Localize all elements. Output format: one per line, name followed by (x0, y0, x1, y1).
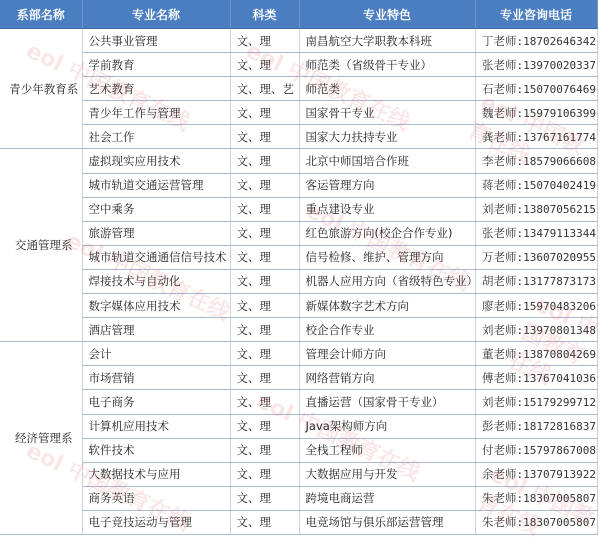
major-name: 电子竞技运动与管理 (82, 510, 230, 534)
phone-number: 15979106399 (523, 107, 596, 120)
contact-phone: 蒋老师:15070402419 (475, 173, 597, 197)
major-category: 文、理 (230, 29, 299, 53)
major-feature: 南昌航空大学职教本科班 (299, 29, 475, 53)
table-row: 青少年工作与管理文、理国家骨干专业魏老师:15979106399 (0, 101, 597, 125)
teacher-name: 廖老师 (482, 299, 517, 313)
major-name: 会计 (82, 342, 230, 366)
major-category: 文、理 (230, 125, 299, 149)
table-row: 酒店管理文、理校企合作专业刘老师:13970801348 (0, 318, 597, 342)
contact-phone: 张老师:13479113344 (475, 221, 597, 245)
teacher-name: 丁老师 (482, 34, 517, 48)
major-feature: 信号检修、维护、管理方向 (299, 245, 475, 269)
major-category: 文、理 (230, 245, 299, 269)
header-feature: 专业特色 (299, 0, 475, 29)
table-row: 大数据技术与应用文、理大数据应用与开发余老师:13707913922 (0, 462, 597, 486)
major-feature: 新媒体数字艺术方向 (299, 294, 475, 318)
phone-number: 18702646342 (523, 35, 596, 48)
teacher-name: 刘老师 (482, 202, 517, 216)
major-category: 文、理 (230, 149, 299, 173)
teacher-name: 万老师 (482, 250, 517, 264)
major-feature: 管理会计师方向 (299, 342, 475, 366)
major-feature: 机器人应用方向（省级特色专业） (299, 269, 475, 293)
teacher-name: 张老师 (482, 58, 517, 72)
phone-number: 13767041036 (523, 372, 596, 385)
contact-phone: 李老师:18579066608 (475, 149, 597, 173)
major-name: 空中乘务 (82, 197, 230, 221)
contact-phone: 彭老师:18172816837 (475, 414, 597, 438)
teacher-name: 董老师 (482, 347, 517, 361)
table-row: 市场营销文、理网络营销方向傅老师:13767041036 (0, 366, 597, 390)
teacher-name: 魏老师 (482, 106, 517, 120)
major-feature: 国家骨干专业 (299, 101, 475, 125)
phone-number: 13767161774 (523, 131, 596, 144)
major-category: 文、理、艺 (230, 77, 299, 101)
major-name: 商务英语 (82, 486, 230, 510)
major-name: 城市轨道交通通信信号技术 (82, 245, 230, 269)
major-name: 电子商务 (82, 390, 230, 414)
teacher-name: 胡老师 (482, 274, 517, 288)
major-feature: 师范类（省级骨干专业） (299, 53, 475, 77)
phone-number: 13970020337 (523, 59, 596, 72)
phone-number: 15797867008 (523, 444, 596, 457)
major-category: 文、理 (230, 486, 299, 510)
teacher-name: 彭老师 (482, 419, 517, 433)
major-feature: 网络营销方向 (299, 366, 475, 390)
contact-phone: 刘老师:15179299712 (475, 390, 597, 414)
major-name: 旅游管理 (82, 221, 230, 245)
major-name: 虚拟现实应用技术 (82, 149, 230, 173)
phone-number: 18579066608 (523, 155, 596, 168)
contact-phone: 石老师:15070076469 (475, 77, 597, 101)
major-name: 艺术教育 (82, 77, 230, 101)
table-row: 旅游管理文、理红色旅游方向(校企合作专业)张老师:13479113344 (0, 221, 597, 245)
table-row: 经济管理系会计文、理管理会计师方向董老师:13870804269 (0, 342, 597, 366)
major-category: 文、理 (230, 390, 299, 414)
major-feature: 师范类 (299, 77, 475, 101)
contact-phone: 朱老师:18307005807 (475, 486, 597, 510)
table-row: 数字媒体应用技术文、理新媒体数字艺术方向廖老师:15970483206 (0, 294, 597, 318)
contact-phone: 朱老师:18307005807 (475, 510, 597, 534)
major-category: 文、理 (230, 438, 299, 462)
table-row: 城市轨道交通运营管理文、理客运管理方向蒋老师:15070402419 (0, 173, 597, 197)
header-phone: 专业咨询电话 (475, 0, 597, 29)
major-category: 文、理 (230, 342, 299, 366)
major-category: 文、理 (230, 53, 299, 77)
major-feature: 客运管理方向 (299, 173, 475, 197)
contact-phone: 魏老师:15979106399 (475, 101, 597, 125)
teacher-name: 刘老师 (482, 395, 517, 409)
phone-number: 15970483206 (523, 300, 596, 313)
contact-phone: 胡老师:13177873173 (475, 269, 597, 293)
contact-phone: 廖老师:15970483206 (475, 294, 597, 318)
major-feature: 红色旅游方向(校企合作专业) (299, 221, 475, 245)
teacher-name: 张老师 (482, 226, 517, 240)
teacher-name: 刘老师 (482, 323, 517, 337)
teacher-name: 傅老师 (482, 371, 517, 385)
department-name: 经济管理系 (0, 342, 82, 535)
phone-number: 13870804269 (523, 348, 596, 361)
major-category: 文、理 (230, 414, 299, 438)
major-name: 酒店管理 (82, 318, 230, 342)
phone-number: 13970801348 (523, 324, 596, 337)
table-row: 焊接技术与自动化文、理机器人应用方向（省级特色专业）胡老师:1317787317… (0, 269, 597, 293)
major-name: 市场营销 (82, 366, 230, 390)
table-row: 社会工作文、理国家大力扶持专业龚老师:13767161774 (0, 125, 597, 149)
teacher-name: 余老师 (482, 467, 517, 481)
header-major: 专业名称 (82, 0, 230, 29)
department-name: 青少年教育系 (0, 29, 82, 149)
major-category: 文、理 (230, 269, 299, 293)
phone-number: 15179299712 (523, 396, 596, 409)
major-name: 大数据技术与应用 (82, 462, 230, 486)
major-category: 文、理 (230, 318, 299, 342)
phone-number: 15070076469 (523, 83, 596, 96)
phone-number: 13707913922 (523, 468, 596, 481)
major-name: 公共事业管理 (82, 29, 230, 53)
contact-phone: 余老师:13707913922 (475, 462, 597, 486)
table-row: 学前教育文、理师范类（省级骨干专业）张老师:13970020337 (0, 53, 597, 77)
table-row: 计算机应用技术文、理Java架构师方向彭老师:18172816837 (0, 414, 597, 438)
contact-phone: 丁老师:18702646342 (475, 29, 597, 53)
major-name: 青少年工作与管理 (82, 101, 230, 125)
phone-number: 13807056215 (523, 203, 596, 216)
major-feature: 直播运营（国家骨干专业） (299, 390, 475, 414)
major-category: 文、理 (230, 197, 299, 221)
phone-number: 18307005807 (523, 492, 596, 505)
header-department: 系部名称 (0, 0, 82, 29)
header-category: 科类 (230, 0, 299, 29)
table-row: 空中乘务文、理重点建设专业刘老师:13807056215 (0, 197, 597, 221)
contact-phone: 龚老师:13767161774 (475, 125, 597, 149)
table-header-row: 系部名称 专业名称 科类 专业特色 专业咨询电话 (0, 0, 597, 29)
major-category: 文、理 (230, 462, 299, 486)
contact-phone: 刘老师:13807056215 (475, 197, 597, 221)
table-row: 商务英语文、理跨境电商运营朱老师:18307005807 (0, 486, 597, 510)
major-feature: 北京中师国培合作班 (299, 149, 475, 173)
major-feature: 全栈工程师 (299, 438, 475, 462)
table-body: 青少年教育系公共事业管理文、理南昌航空大学职教本科班丁老师:1870264634… (0, 29, 597, 535)
phone-number: 13479113344 (523, 227, 596, 240)
major-name: 计算机应用技术 (82, 414, 230, 438)
major-category: 文、理 (230, 510, 299, 534)
contact-phone: 张老师:13970020337 (475, 53, 597, 77)
major-category: 文、理 (230, 101, 299, 125)
table-row: 城市轨道交通通信信号技术文、理信号检修、维护、管理方向万老师:136070209… (0, 245, 597, 269)
phone-number: 18307005807 (523, 516, 596, 529)
table-row: 交通管理系虚拟现实应用技术文、理北京中师国培合作班李老师:18579066608 (0, 149, 597, 173)
table-row: 青少年教育系公共事业管理文、理南昌航空大学职教本科班丁老师:1870264634… (0, 29, 597, 53)
teacher-name: 石老师 (482, 82, 517, 96)
phone-number: 18172816837 (523, 420, 596, 433)
phone-number: 15070402419 (523, 179, 596, 192)
table-row: 软件技术文、理全栈工程师付老师:15797867008 (0, 438, 597, 462)
contact-phone: 付老师:15797867008 (475, 438, 597, 462)
majors-table: 系部名称 专业名称 科类 专业特色 专业咨询电话 青少年教育系公共事业管理文、理… (0, 0, 598, 535)
teacher-name: 李老师 (482, 154, 517, 168)
phone-number: 13177873173 (523, 275, 596, 288)
major-feature: 大数据应用与开发 (299, 462, 475, 486)
major-feature: 校企合作专业 (299, 318, 475, 342)
teacher-name: 蒋老师 (482, 178, 517, 192)
major-name: 社会工作 (82, 125, 230, 149)
table-row: 艺术教育文、理、艺师范类石老师:15070076469 (0, 77, 597, 101)
phone-number: 13607020955 (523, 251, 596, 264)
major-name: 数字媒体应用技术 (82, 294, 230, 318)
teacher-name: 付老师 (482, 443, 517, 457)
major-feature: 国家大力扶持专业 (299, 125, 475, 149)
major-category: 文、理 (230, 221, 299, 245)
major-name: 焊接技术与自动化 (82, 269, 230, 293)
department-name: 交通管理系 (0, 149, 82, 342)
major-feature: Java架构师方向 (299, 414, 475, 438)
major-category: 文、理 (230, 173, 299, 197)
contact-phone: 刘老师:13970801348 (475, 318, 597, 342)
teacher-name: 龚老师 (482, 130, 517, 144)
major-feature: 电竞场馆与俱乐部运营管理 (299, 510, 475, 534)
table-row: 电子商务文、理直播运营（国家骨干专业）刘老师:15179299712 (0, 390, 597, 414)
major-category: 文、理 (230, 294, 299, 318)
contact-phone: 傅老师:13767041036 (475, 366, 597, 390)
major-name: 软件技术 (82, 438, 230, 462)
teacher-name: 朱老师 (482, 491, 517, 505)
contact-phone: 董老师:13870804269 (475, 342, 597, 366)
major-name: 学前教育 (82, 53, 230, 77)
major-feature: 跨境电商运营 (299, 486, 475, 510)
teacher-name: 朱老师 (482, 515, 517, 529)
major-category: 文、理 (230, 366, 299, 390)
table-row: 电子竞技运动与管理文、理电竞场馆与俱乐部运营管理朱老师:18307005807 (0, 510, 597, 534)
major-name: 城市轨道交通运营管理 (82, 173, 230, 197)
major-feature: 重点建设专业 (299, 197, 475, 221)
contact-phone: 万老师:13607020955 (475, 245, 597, 269)
